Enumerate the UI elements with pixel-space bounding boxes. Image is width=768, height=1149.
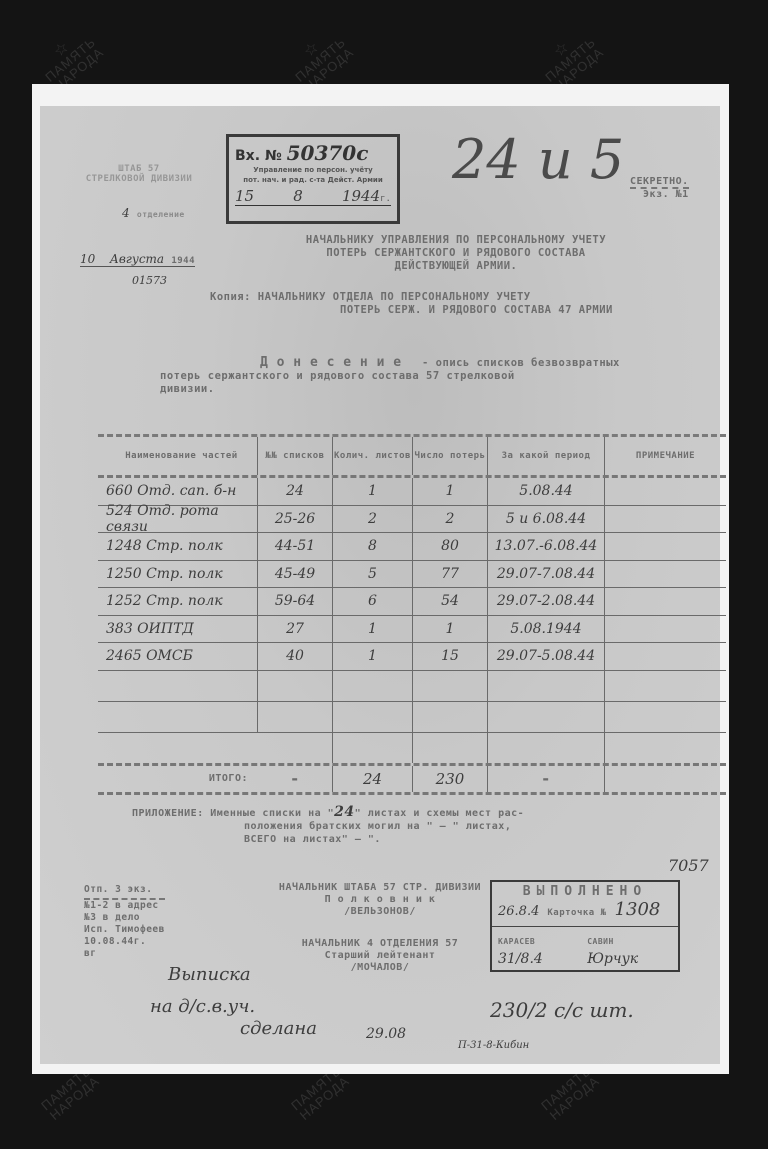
handwritten-note: на д/с.в.уч. <box>150 996 255 1017</box>
secrecy-mark: СЕКРЕТНО. Экз. №1 <box>630 176 689 200</box>
document-page: ШТАБ 57 СТРЕЛКОВОЙ ДИВИЗИИ 4 отделение 1… <box>40 106 720 1064</box>
distribution-block: Отп. 3 экз. №1-2 в адрес №3 в дело Исп. … <box>84 884 165 960</box>
handwritten-sheet-count: 24 и 5 <box>452 128 624 191</box>
table-row: 1248 Стр. полк44-5188013.07.-6.08.44 <box>98 533 726 561</box>
handwritten-note: 29.08 <box>366 1026 406 1042</box>
table-row-empty <box>98 671 726 702</box>
outgoing-date: 10 Августа 1944 <box>80 252 195 267</box>
table-total-row: ИТОГО: - 24 230 - <box>98 766 726 795</box>
signature-department-head: НАЧАЛЬНИК 4 ОТДЕЛЕНИЯ 57 Старший лейтена… <box>250 938 510 974</box>
losses-table: Наименование частей №№ списков Колич. ли… <box>98 434 726 795</box>
table-row: 524 Отд. рота связи25-26225 и 6.08.44 <box>98 506 726 534</box>
table-row: 2465 ОМСБ4011529.07-5.08.44 <box>98 643 726 671</box>
signature-chief-of-staff: НАЧАЛЬНИК ШТАБА 57 СТР. ДИВИЗИИ П о л к … <box>250 882 510 918</box>
corner-handwritten-number: 7057 <box>668 856 709 875</box>
processing-stamp: ВЫПОЛНЕНО 26.8.4 Карточка № 1308 КАРАСЕВ… <box>490 880 680 972</box>
table-header: Наименование частей №№ списков Колич. ли… <box>98 437 726 478</box>
handwritten-note: Выписка <box>168 964 251 985</box>
handwritten-note: 230/2 с/с шт. <box>490 998 634 1022</box>
report-title: Д о н е с е н и е - опись списков безвоз… <box>160 356 700 396</box>
table-row-empty <box>98 702 726 733</box>
table-row: 1252 Стр. полк59-6465429.07-2.08.44 <box>98 588 726 616</box>
addressee-copy: Копия: НАЧАЛЬНИКУ ОТДЕЛА ПО ПЕРСОНАЛЬНОМ… <box>210 291 690 317</box>
table-row: 383 ОИПТД27115.08.1944 <box>98 616 726 644</box>
addressee-main: НАЧАЛЬНИКУ УПРАВЛЕНИЯ ПО ПЕРСОНАЛЬНОМУ У… <box>226 234 686 273</box>
handwritten-note: сделана <box>240 1018 317 1039</box>
incoming-registration-stamp: Вх. № 50370с Управление по персон. учёту… <box>226 134 400 224</box>
attachment-note: ПРИЛОЖЕНИЕ: Именные списки на "24" листа… <box>132 806 712 846</box>
department-block: 4 отделение <box>122 206 185 220</box>
table-row-empty <box>98 733 726 766</box>
outgoing-number: 01573 <box>132 274 167 287</box>
table-row: 660 Отд. сап. б-н24115.08.44 <box>98 478 726 506</box>
handwritten-note: П-31-8-Кибин <box>458 1040 529 1051</box>
table-row: 1250 Стр. полк45-4957729.07-7.08.44 <box>98 561 726 589</box>
unit-stamp: ШТАБ 57 СТРЕЛКОВОЙ ДИВИЗИИ <box>84 164 194 184</box>
